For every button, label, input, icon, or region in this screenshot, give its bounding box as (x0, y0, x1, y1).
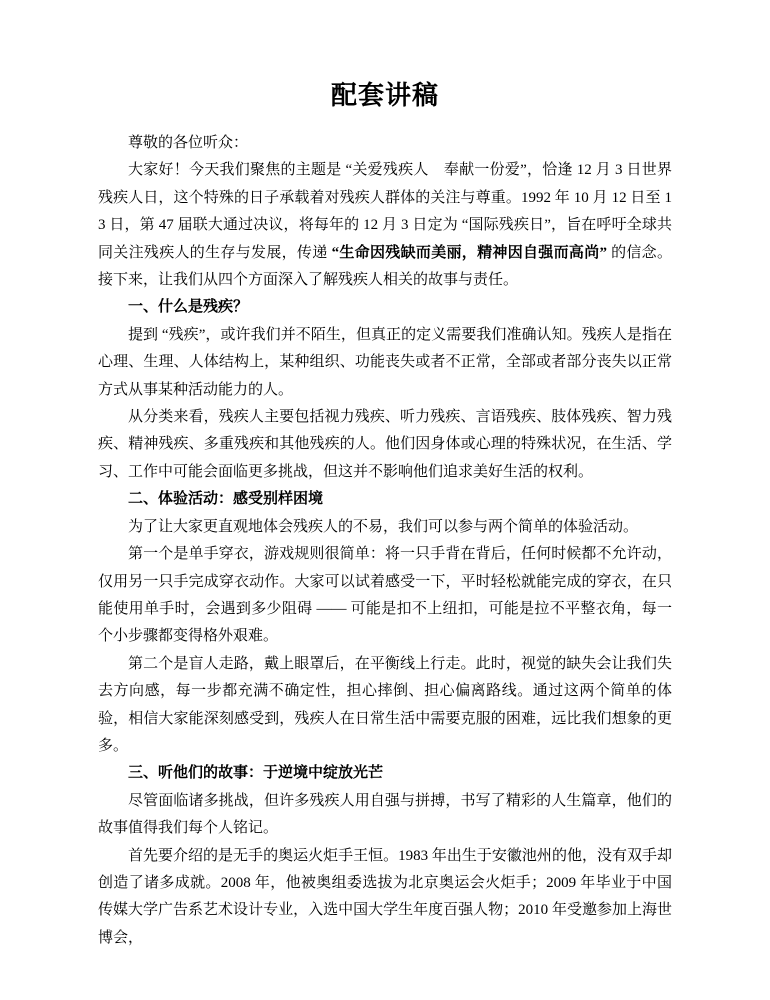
text-run: 首先要介绍的是无手的奥运火炬手王恒。1983 年出生于安徽池州的他，没有双手却创… (98, 848, 672, 946)
paragraph: 第二个是盲人走路，戴上眼罩后，在平衡线上行走。此时，视觉的缺失会让我们失去方向感… (98, 651, 672, 761)
paragraph: 大家好！今天我们聚焦的主题是 “关爱残疾人 奉献一份爱”，恰逢 12 月 3 日… (98, 157, 672, 294)
text-run: 从分类来看，残疾人主要包括视力残疾、听力残疾、言语残疾、肢体残疾、智力残疾、精神… (98, 409, 672, 480)
document-content: 尊敬的各位听众：大家好！今天我们聚焦的主题是 “关爱残疾人 奉献一份爱”，恰逢 … (98, 130, 672, 952)
paragraph: 第一个是单手穿衣，游戏规则很简单：将一只手背在背后，任何时候都不允许动，仅用另一… (98, 541, 672, 651)
document-title: 配套讲稿 (98, 78, 672, 114)
section-heading: 一、什么是残疾？ (98, 294, 672, 321)
emphasized-text: “生命因残缺而美丽，精神因自强而高尚” (332, 245, 607, 261)
paragraph: 尽管面临诸多挑战，但许多残疾人用自强与拼搏，书写了精彩的人生篇章，他们的故事值得… (98, 788, 672, 843)
paragraph: 从分类来看，残疾人主要包括视力残疾、听力残疾、言语残疾、肢体残疾、智力残疾、精神… (98, 404, 672, 486)
text-run: 尽管面临诸多挑战，但许多残疾人用自强与拼搏，书写了精彩的人生篇章，他们的故事值得… (98, 793, 672, 836)
paragraph: 为了让大家更直观地体会残疾人的不易，我们可以参与两个简单的体验活动。 (98, 514, 672, 541)
paragraph: 提到 “残疾”，或许我们并不陌生，但真正的定义需要我们准确认知。残疾人是指在心理… (98, 322, 672, 404)
text-run: 提到 “残疾”，或许我们并不陌生，但真正的定义需要我们准确认知。残疾人是指在心理… (98, 327, 672, 398)
section-heading: 二、体验活动：感受别样困境 (98, 486, 672, 513)
text-run: 第二个是盲人走路，戴上眼罩后，在平衡线上行走。此时，视觉的缺失会让我们失去方向感… (98, 656, 672, 754)
emphasized-text: 一、什么是残疾？ (128, 299, 248, 315)
emphasized-text: 三、听他们的故事：于逆境中绽放光芒 (128, 765, 383, 781)
text-run: 尊敬的各位听众： (128, 135, 248, 151)
paragraph: 尊敬的各位听众： (98, 130, 672, 157)
paragraph: 首先要介绍的是无手的奥运火炬手王恒。1983 年出生于安徽池州的他，没有双手却创… (98, 843, 672, 953)
document-page: 配套讲稿 尊敬的各位听众：大家好！今天我们聚焦的主题是 “关爱残疾人 奉献一份爱… (0, 0, 770, 1000)
text-run: 第一个是单手穿衣，游戏规则很简单：将一只手背在背后，任何时候都不允许动，仅用另一… (98, 546, 672, 644)
text-run: 为了让大家更直观地体会残疾人的不易，我们可以参与两个简单的体验活动。 (128, 519, 638, 535)
section-heading: 三、听他们的故事：于逆境中绽放光芒 (98, 760, 672, 787)
emphasized-text: 二、体验活动：感受别样困境 (128, 491, 323, 507)
